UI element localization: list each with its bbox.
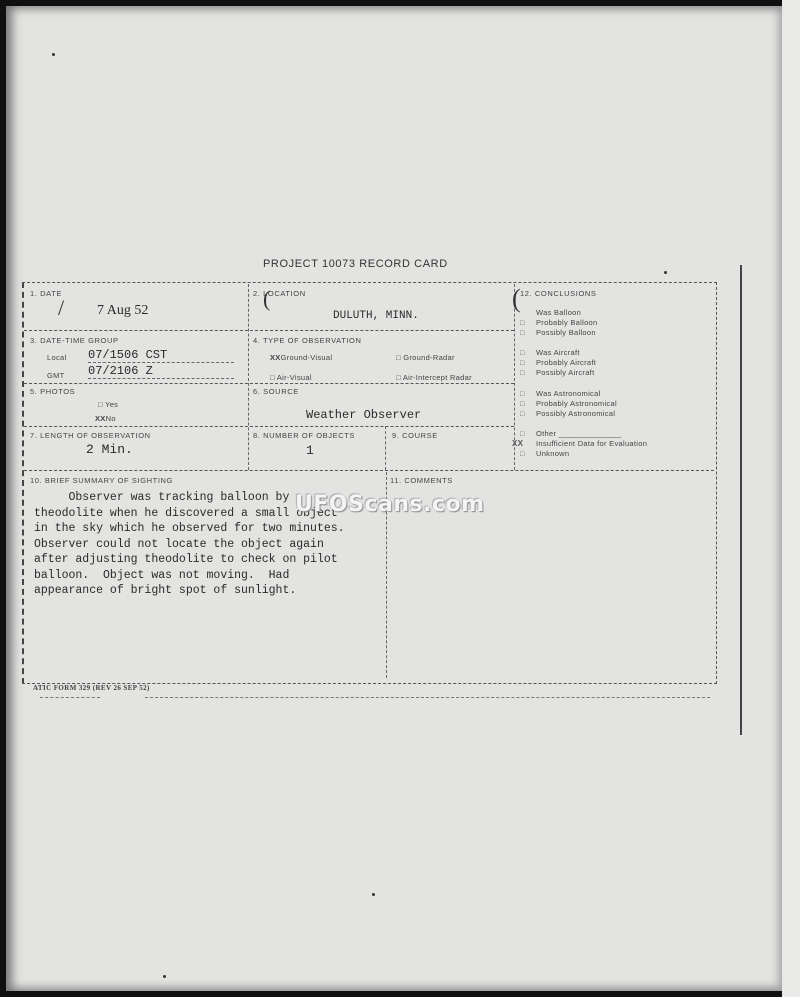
photos-option-no[interactable]: XXNo <box>95 414 116 423</box>
option-label: Possibly Astronomical <box>536 409 615 418</box>
checkbox-icon: □ <box>520 320 526 327</box>
conclusion-possibly-balloon[interactable]: □Possibly Balloon <box>520 328 596 337</box>
checkbox-mark: XX <box>512 439 526 448</box>
observation-option-ground-radar[interactable]: □ Ground-Radar <box>396 353 455 362</box>
photos-option-yes[interactable]: □ Yes <box>98 400 118 409</box>
column-divider <box>248 284 249 470</box>
checkbox-mark: XX <box>95 414 106 423</box>
option-label: Air-Visual <box>277 373 312 382</box>
checkbox-icon: □ <box>98 400 103 409</box>
pencil-mark: / <box>58 295 64 321</box>
gmt-label: GMT <box>47 371 65 380</box>
row-divider <box>24 470 714 471</box>
footer-rule <box>40 697 100 699</box>
dust-speck <box>52 53 55 56</box>
option-label: No <box>106 414 116 423</box>
local-time-value: 07/1506 CST <box>88 348 234 363</box>
local-label: Local <box>47 353 66 362</box>
option-label: Other ______________ <box>536 429 621 438</box>
checkbox-icon: □ <box>520 391 526 398</box>
conclusion-unknown[interactable]: □Unknown <box>520 449 569 458</box>
checkbox-icon: □ <box>396 353 401 362</box>
pencil-mark: ( <box>263 286 270 312</box>
length-of-observation-label: 7. LENGTH OF OBSERVATION <box>30 431 151 440</box>
gmt-time-value: 07/2106 Z <box>88 364 234 379</box>
checkbox-icon: □ <box>520 411 526 418</box>
checkbox-icon: □ <box>520 350 526 357</box>
checkbox-icon: □ <box>520 431 526 438</box>
option-label: Was Aircraft <box>536 348 580 357</box>
option-label: Air-Intercept Radar <box>403 373 472 382</box>
checkbox-icon: □ <box>520 401 526 408</box>
scan-edge <box>782 0 800 997</box>
conclusions-label: 12. CONCLUSIONS <box>520 289 597 298</box>
option-label: Probably Astronomical <box>536 399 617 408</box>
option-label: Was Astronomical <box>536 389 601 398</box>
page-rule <box>740 265 742 735</box>
source-label: 6. SOURCE <box>253 387 299 396</box>
source-value: Weather Observer <box>306 408 421 422</box>
conclusion-insufficient-data[interactable]: XXInsufficient Data for Evaluation <box>512 439 647 448</box>
option-label: Was Balloon <box>536 308 581 317</box>
location-label: 2. LOCATION <box>253 289 306 298</box>
option-label: Insufficient Data for Evaluation <box>536 439 647 448</box>
watermark: UFOScans.com <box>295 492 485 517</box>
course-label: 9. COURSE <box>392 431 438 440</box>
dust-speck <box>163 975 166 978</box>
dust-speck <box>372 893 375 896</box>
date-value: 7 Aug 52 <box>97 303 148 319</box>
brief-summary-label: 10. BRIEF SUMMARY OF SIGHTING <box>30 476 173 485</box>
form-number: ATIC FORM 329 (REV 26 SEP 52) <box>33 684 150 692</box>
checkbox-icon: □ <box>520 451 526 458</box>
conclusion-was-astronomical[interactable]: □Was Astronomical <box>520 389 601 398</box>
row-divider <box>24 426 514 427</box>
checkbox-icon: □ <box>270 373 275 382</box>
length-of-observation-value: 2 Min. <box>86 442 133 457</box>
checkbox-mark: XX <box>270 353 281 362</box>
conclusion-possibly-aircraft[interactable]: □Possibly Aircraft <box>520 368 594 377</box>
location-value: DULUTH, MINN. <box>333 310 419 322</box>
row-divider <box>24 383 514 384</box>
observation-option-air-intercept-radar[interactable]: □ Air-Intercept Radar <box>396 373 472 382</box>
checkbox-icon: □ <box>520 370 526 377</box>
option-label: Yes <box>105 400 118 409</box>
option-label: Possibly Balloon <box>536 328 596 337</box>
conclusion-was-aircraft[interactable]: □Was Aircraft <box>520 348 580 357</box>
option-label: Possibly Aircraft <box>536 368 594 377</box>
row-divider <box>24 330 514 331</box>
conclusion-probably-balloon[interactable]: □Probably Balloon <box>520 318 598 327</box>
checkbox-icon: □ <box>520 330 526 337</box>
observation-option-air-visual[interactable]: □ Air-Visual <box>270 373 312 382</box>
conclusion-probably-astronomical[interactable]: □Probably Astronomical <box>520 399 617 408</box>
option-label: Probably Balloon <box>536 318 598 327</box>
type-of-observation-label: 4. TYPE OF OBSERVATION <box>253 336 362 345</box>
date-time-group-label: 3. DATE-TIME GROUP <box>30 336 119 345</box>
comments-label: 11. COMMENTS <box>390 476 453 485</box>
column-divider <box>385 426 386 470</box>
footer-rule <box>145 697 710 699</box>
number-of-objects-value: 1 <box>306 443 314 458</box>
conclusion-probably-aircraft[interactable]: □Probably Aircraft <box>520 358 596 367</box>
checkbox-icon: □ <box>520 360 526 367</box>
option-label: Unknown <box>536 449 569 458</box>
observation-option-ground-visual[interactable]: XXGround-Visual <box>270 353 332 362</box>
option-label: Probably Aircraft <box>536 358 596 367</box>
checkbox-icon: □ <box>396 373 401 382</box>
option-label: Ground-Visual <box>281 353 333 362</box>
conclusion-possibly-astronomical[interactable]: □Possibly Astronomical <box>520 409 615 418</box>
conclusion-other[interactable]: □Other ______________ <box>520 429 621 438</box>
card-title: PROJECT 10073 RECORD CARD <box>263 258 448 270</box>
number-of-objects-label: 8. NUMBER OF OBJECTS <box>253 431 355 440</box>
dust-speck <box>664 271 667 274</box>
conclusion-was-balloon[interactable]: Was Balloon <box>520 308 581 317</box>
option-label: Ground-Radar <box>403 353 455 362</box>
photos-label: 5. PHOTOS <box>30 387 75 396</box>
